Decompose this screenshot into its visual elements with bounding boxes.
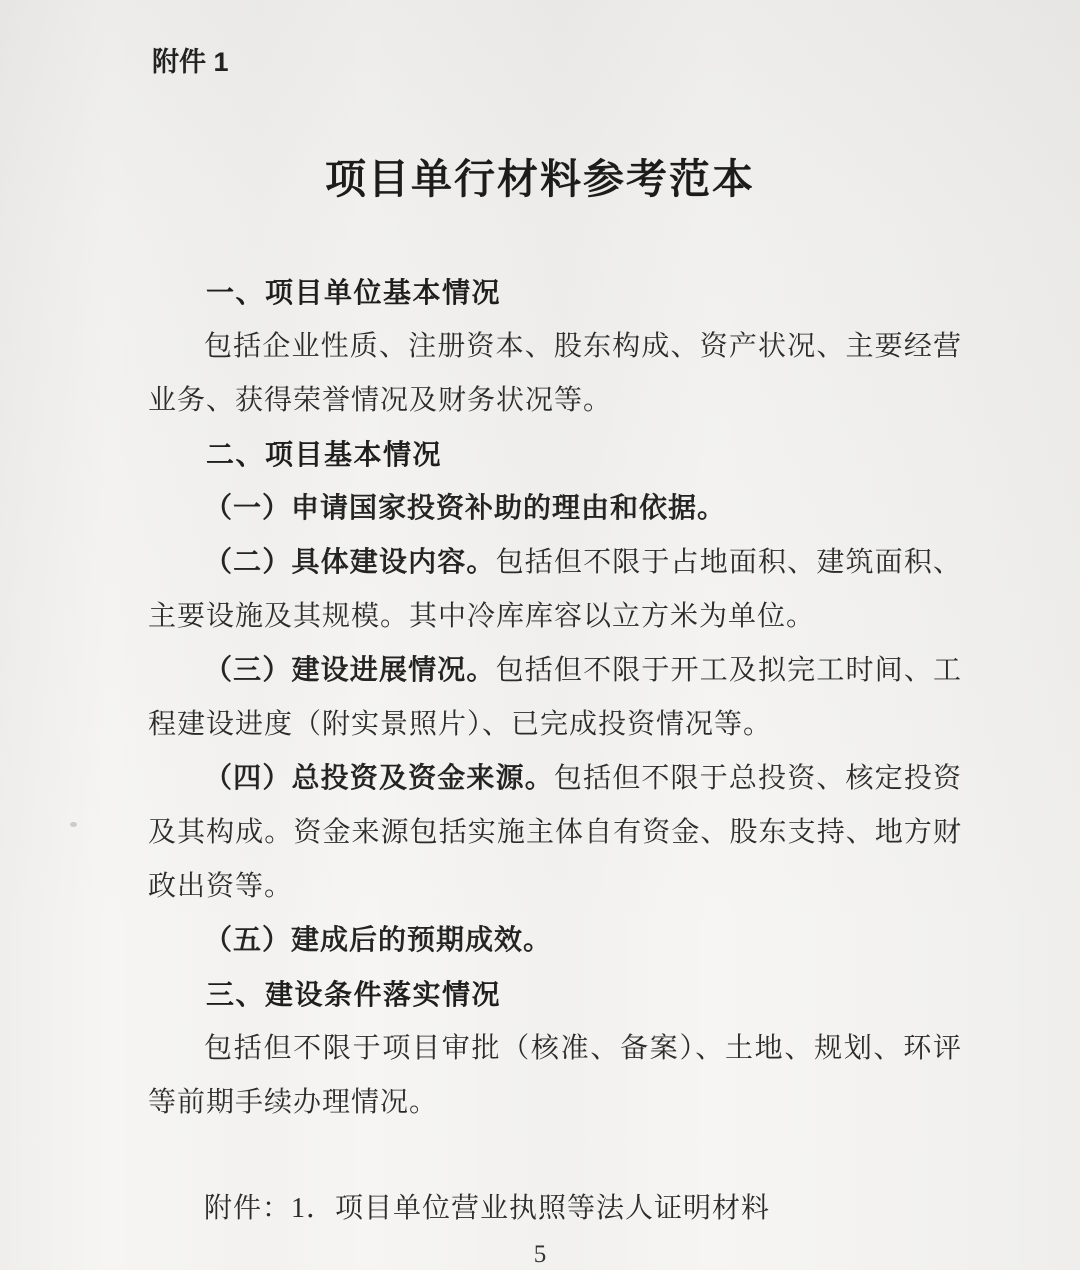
- section-heading-1: 一、项目单位基本情况: [148, 266, 962, 320]
- sub-item-4: （四）总投资及资金来源。包括但不限于总投资、核定投资及其构成。资金来源包括实施主…: [148, 752, 962, 914]
- body-paragraph: 包括但不限于项目审批（核准、备案）、土地、规划、环评等前期手续办理情况。: [148, 1022, 962, 1130]
- section-heading-2: 二、项目基本情况: [148, 428, 962, 482]
- document-title: 项目单行材料参考范本: [0, 154, 1080, 204]
- sub-item-lead: （四）总投资及资金来源。: [204, 763, 554, 794]
- sub-item-5: （五）建成后的预期成效。: [148, 914, 962, 968]
- sub-item-lead: （五）建成后的预期成效。: [204, 925, 552, 956]
- attachments-note: 附件：1．项目单位营业执照等法人证明材料: [148, 1182, 962, 1236]
- sub-item-2: （二）具体建设内容。包括但不限于占地面积、建筑面积、主要设施及其规模。其中冷库库…: [148, 536, 962, 644]
- sub-item-lead: （一）申请国家投资补助的理由和依据。: [204, 493, 726, 524]
- document-page: 附件 1 项目单行材料参考范本 一、项目单位基本情况 包括企业性质、注册资本、股…: [0, 0, 1080, 1270]
- page-number: 5: [0, 1238, 1080, 1270]
- sub-item-lead: （三）建设进展情况。: [204, 655, 496, 686]
- scan-artifact-speck: [70, 822, 77, 827]
- sub-item-1: （一）申请国家投资补助的理由和依据。: [148, 482, 962, 536]
- sub-item-lead: （二）具体建设内容。: [204, 547, 496, 578]
- sub-item-3: （三）建设进展情况。包括但不限于开工及拟完工时间、工程建设进度（附实景照片）、已…: [148, 644, 962, 752]
- section-heading-3: 三、建设条件落实情况: [148, 968, 962, 1022]
- body-paragraph: 包括企业性质、注册资本、股东构成、资产状况、主要经营业务、获得荣誉情况及财务状况…: [148, 320, 962, 428]
- attachment-label: 附件 1: [152, 0, 1080, 80]
- document-body: 一、项目单位基本情况 包括企业性质、注册资本、股东构成、资产状况、主要经营业务、…: [148, 266, 962, 1130]
